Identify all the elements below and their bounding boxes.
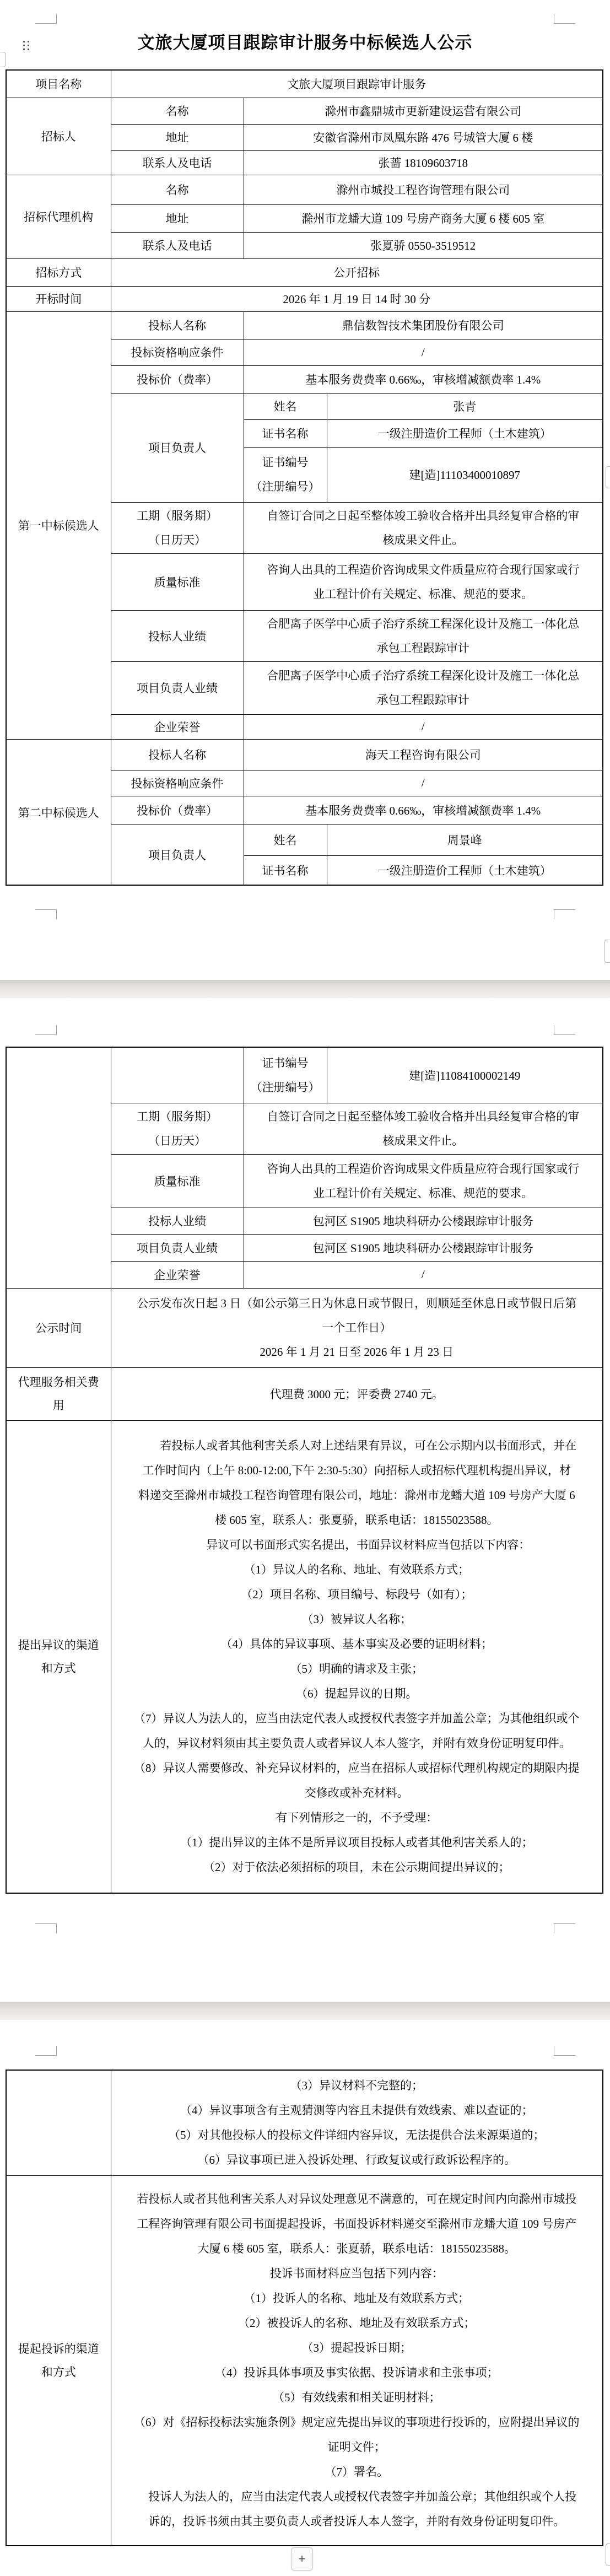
- c1-qualification-value: /: [244, 339, 603, 365]
- row-c2-bidder-name: 第二中标候选人 投标人名称 海天工程咨询有限公司: [6, 739, 603, 770]
- bid-price-label: 投标价（费率）: [111, 365, 244, 393]
- c2-bidder-name-value: 海天工程咨询有限公司: [244, 739, 603, 770]
- duration-label: 工期（服务期） （日历天）: [111, 1103, 244, 1154]
- cert-no-label: 证书编号 （注册编号）: [244, 447, 327, 502]
- c1-quality-value: 咨询人出具的工程造价咨询成果文件质量应符合现行国家或行 业工程计价有关规定、标准…: [244, 553, 603, 610]
- c1-bidder-name-value: 鼎信数智技术集团股份有限公司: [244, 311, 603, 339]
- page-title: 文旅大厦项目跟踪审计服务中标候选人公示: [0, 29, 610, 53]
- cert-name-label: 证书名称: [244, 855, 327, 885]
- project-name-value: 文旅大厦项目跟踪审计服务: [111, 70, 603, 98]
- side-widget-right-clipped[interactable]: [604, 940, 610, 963]
- page-separator-2: [0, 2002, 610, 2020]
- crop-mark: [35, 1923, 57, 1933]
- crop-mark: [35, 1025, 57, 1035]
- objection-continued-cell: [6, 2070, 111, 2175]
- publicity-time-value: 公示发布次日起 3 日（如公示第三日为休息日或节假日，则顺延至休息日或节假日后第…: [111, 1288, 603, 1367]
- pm-perf-label: 项目负责人业绩: [111, 661, 244, 714]
- tenderer-name-value: 滁州市鑫鼎城市更新建设运营有限公司: [244, 98, 603, 124]
- plus-icon: +: [299, 2552, 306, 2566]
- contact-label: 联系人及电话: [111, 232, 244, 258]
- row-project-name: 项目名称 文旅大厦项目跟踪审计服务: [6, 70, 603, 98]
- cert-no-label: 证书编号 （注册编号）: [244, 1047, 327, 1103]
- objection-text-continued: （3）异议材料不完整的； （4）异议事项含有主观猜测等内容且未提供有效线索、难以…: [111, 2070, 603, 2175]
- agency-fee-label: 代理服务相关费 用: [6, 1367, 111, 1420]
- objection-label: 提出异议的渠道 和方式: [6, 1420, 111, 1893]
- honor-label: 企业荣誉: [111, 714, 244, 739]
- row-tenderer-name: 招标人 名称 滁州市鑫鼎城市更新建设运营有限公司: [6, 98, 603, 124]
- candidate2-label: 第二中标候选人: [6, 739, 111, 885]
- quality-label: 质量标准: [111, 1154, 244, 1208]
- cert-name-label: 证书名称: [244, 419, 327, 447]
- candidate2-continued-cell: [6, 1047, 111, 1288]
- c1-honor-value: /: [244, 714, 603, 739]
- contact-label: 联系人及电话: [111, 150, 244, 175]
- c1-price-value: 基本服务费费率 0.66‰，审核增减额费率 1.4%: [244, 365, 603, 393]
- name-label: 名称: [111, 98, 244, 124]
- row-open-time: 开标时间 2026 年 1 月 19 日 14 时 30 分: [6, 286, 603, 311]
- qualification-label: 投标资格响应条件: [111, 770, 244, 796]
- c2-cert-name-value: 一级注册造价工程师（土木建筑）: [327, 855, 603, 885]
- announcement-table-page3: （3）异议材料不完整的； （4）异议事项含有主观猜测等内容且未提供有效线索、难以…: [6, 2070, 603, 2546]
- pm-perf-label: 项目负责人业绩: [111, 1234, 244, 1261]
- row-objection: 提出异议的渠道 和方式 若投标人或者其他利害关系人对上述结果有异议，可在公示期内…: [6, 1420, 603, 1893]
- row-c1-bidder-name: 第一中标候选人 投标人名称 鼎信数智技术集团股份有限公司: [6, 311, 603, 339]
- announcement-table-page2: 证书编号 （注册编号） 建[造]11084100002149 工期（服务期） （…: [6, 1047, 603, 1894]
- honor-label: 企业荣誉: [111, 1261, 244, 1288]
- crop-mark: [554, 2046, 575, 2056]
- crop-mark: [554, 1025, 575, 1035]
- tenderer-label: 招标人: [6, 98, 111, 175]
- c2-duration-value: 自签订合同之日起至整体竣工验收合格并出具经复审合格的审 核成果文件止。: [244, 1103, 603, 1154]
- pm-name-label: 姓名: [244, 393, 327, 419]
- bidder-perf-label: 投标人业绩: [111, 610, 244, 661]
- method-label: 招标方式: [6, 258, 111, 286]
- c2-pm-perf-value: 包河区 S1905 地块科研办公楼跟踪审计服务: [244, 1234, 603, 1261]
- bidder-name-label: 投标人名称: [111, 739, 244, 770]
- crop-mark: [554, 14, 575, 24]
- agency-fee-value: 代理费 3000 元；评委费 2740 元。: [111, 1367, 603, 1420]
- c2-qualification-value: /: [244, 770, 603, 796]
- tenderer-address-value: 安徽省滁州市凤凰东路 476 号城管大厦 6 楼: [244, 124, 603, 150]
- project-name-label: 项目名称: [6, 70, 111, 98]
- tenderer-contact-value: 张蔷 18109603718: [244, 150, 603, 175]
- open-time-label: 开标时间: [6, 286, 111, 311]
- pm-label: 项目负责人: [111, 824, 244, 885]
- pm-name-label: 姓名: [244, 824, 327, 855]
- bid-price-label: 投标价（费率）: [111, 796, 244, 824]
- crop-mark: [554, 1923, 575, 1933]
- agency-label: 招标代理机构: [6, 175, 111, 258]
- bidder-perf-label: 投标人业绩: [111, 1208, 244, 1234]
- complaint-label: 提起投诉的渠道 和方式: [6, 2175, 111, 2546]
- c2-honor-value: /: [244, 1261, 603, 1288]
- c1-duration-value: 自签订合同之日起至整体竣工验收合格并出具经复审合格的审 核成果文件止。: [244, 502, 603, 553]
- agency-contact-value: 张夏骄 0550-3519512: [244, 232, 603, 258]
- complaint-text: 若投标人或者其他利害关系人对异议处理意见不满意的，可在规定时间内向滁州市城投 工…: [111, 2175, 603, 2546]
- row-objection-continued: （3）异议材料不完整的； （4）异议事项含有主观猜测等内容且未提供有效线索、难以…: [6, 2070, 603, 2175]
- add-button[interactable]: +: [291, 2547, 313, 2570]
- c1-pm-name-value: 张青: [327, 393, 603, 419]
- row-c2-cert-no: 证书编号 （注册编号） 建[造]11084100002149: [6, 1047, 603, 1103]
- row-publicity-time: 公示时间 公示发布次日起 3 日（如公示第三日为休息日或节假日，则顺延至休息日或…: [6, 1288, 603, 1367]
- page-separator-1: [0, 980, 610, 998]
- quality-label: 质量标准: [111, 553, 244, 610]
- row-agency-name: 招标代理机构 名称 滁州市城投工程咨询管理有限公司: [6, 175, 603, 204]
- c2-pm-name-value: 周景峰: [327, 824, 603, 855]
- publicity-time-label: 公示时间: [6, 1288, 111, 1367]
- crop-mark: [35, 14, 57, 24]
- agency-address-value: 滁州市龙蟠大道 109 号房产商务大厦 6 楼 605 室: [244, 204, 603, 232]
- row-complaint: 提起投诉的渠道 和方式 若投标人或者其他利害关系人对异议处理意见不满意的，可在规…: [6, 2175, 603, 2546]
- c1-pm-perf-value: 合肥离子医学中心质子治疗系统工程深化设计及施工一体化总 承包工程跟踪审计: [244, 661, 603, 714]
- duration-label: 工期（服务期） （日历天）: [111, 502, 244, 553]
- candidate1-label: 第一中标候选人: [6, 311, 111, 739]
- side-widget-left-clipped[interactable]: [0, 52, 6, 67]
- c2-price-value: 基本服务费费率 0.66‰，审核增减额费率 1.4%: [244, 796, 603, 824]
- objection-text: 若投标人或者其他利害关系人对上述结果有异议，可在公示期内以书面形式，并在 工作时…: [111, 1420, 603, 1893]
- address-label: 地址: [111, 124, 244, 150]
- pm-continued-cell: [111, 1047, 244, 1103]
- bidder-name-label: 投标人名称: [111, 311, 244, 339]
- agency-name-value: 滁州市城投工程咨询管理有限公司: [244, 175, 603, 204]
- side-widget-right-clipped[interactable]: [606, 2543, 610, 2566]
- pm-label: 项目负责人: [111, 393, 244, 502]
- crop-mark: [35, 2046, 57, 2056]
- method-value: 公开招标: [111, 258, 603, 286]
- c1-bidder-perf-value: 合肥离子医学中心质子治疗系统工程深化设计及施工一体化总 承包工程跟踪审计: [244, 610, 603, 661]
- row-method: 招标方式 公开招标: [6, 258, 603, 286]
- crop-mark: [35, 909, 57, 919]
- c2-bidder-perf-value: 包河区 S1905 地块科研办公楼跟踪审计服务: [244, 1208, 603, 1234]
- address-label: 地址: [111, 204, 244, 232]
- crop-mark: [554, 909, 575, 919]
- c2-cert-no-value: 建[造]11084100002149: [327, 1047, 603, 1103]
- side-widget-right-clipped[interactable]: [606, 466, 610, 488]
- open-time-value: 2026 年 1 月 19 日 14 时 30 分: [111, 286, 603, 311]
- name-label: 名称: [111, 175, 244, 204]
- c1-cert-no-value: 建[造]11103400010897: [327, 447, 603, 502]
- row-agency-fee: 代理服务相关费 用 代理费 3000 元；评委费 2740 元。: [6, 1367, 603, 1420]
- c2-quality-value: 咨询人出具的工程造价咨询成果文件质量应符合现行国家或行 业工程计价有关规定、标准…: [244, 1154, 603, 1208]
- c1-cert-name-value: 一级注册造价工程师（土木建筑）: [327, 419, 603, 447]
- announcement-table-page1: 项目名称 文旅大厦项目跟踪审计服务 招标人 名称 滁州市鑫鼎城市更新建设运营有限…: [6, 69, 603, 886]
- qualification-label: 投标资格响应条件: [111, 339, 244, 365]
